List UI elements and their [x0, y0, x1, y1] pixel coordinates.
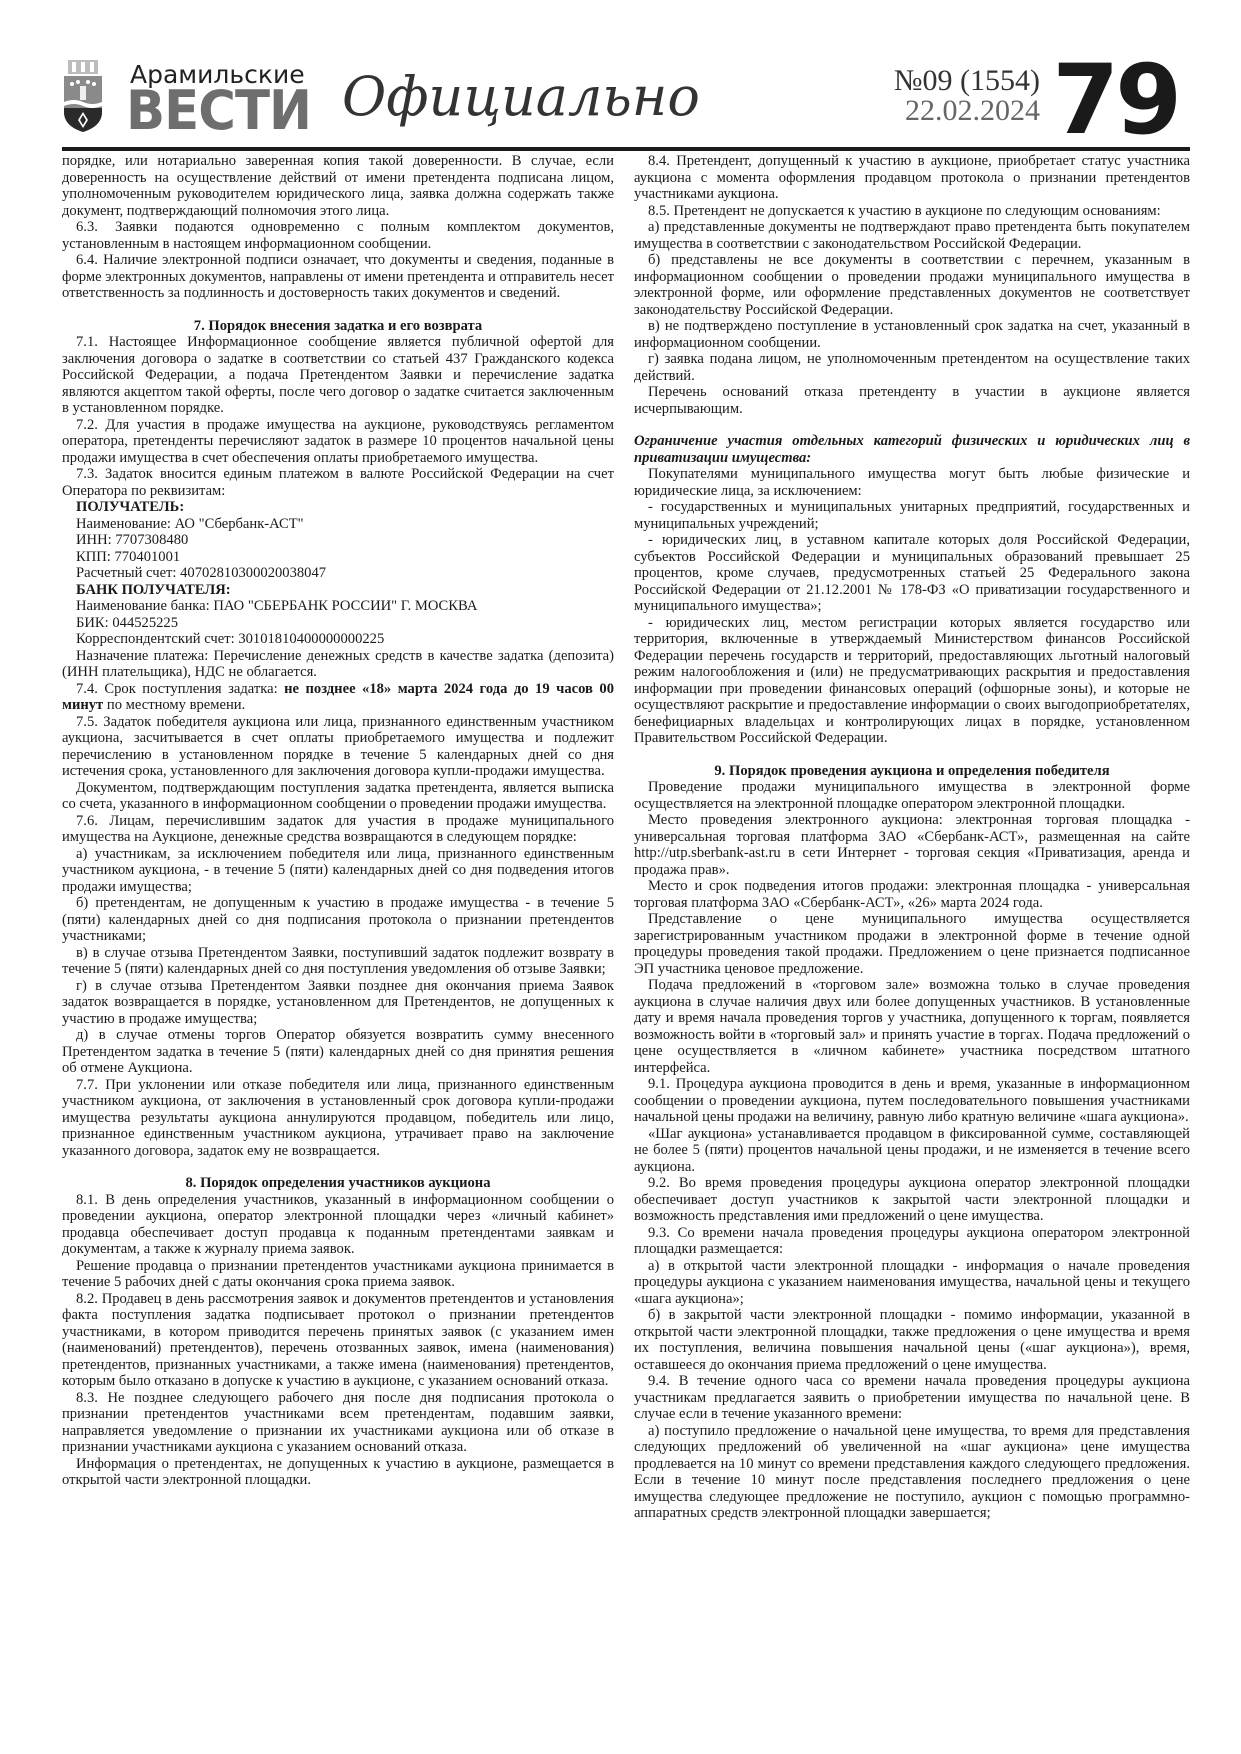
paragraph: Место проведения электронного аукциона: … — [634, 812, 1190, 878]
paragraph: Место и срок подведения итогов продажи: … — [634, 878, 1190, 911]
list-item: - юридических лиц, местом регистрации ко… — [634, 615, 1190, 747]
list-item: а) в открытой части электронной площадки… — [634, 1258, 1190, 1308]
paragraph-6-3: 6.3. Заявки подаются одновременно с полн… — [62, 219, 614, 252]
list-item: г) в случае отзыва Претендентом Заявки п… — [62, 978, 614, 1028]
recipient-kpp: КПП: 770401001 — [62, 549, 614, 566]
issue-number: №09 (1554) — [894, 66, 1040, 96]
paragraph-8-5: 8.5. Претендент не допускается к участию… — [634, 203, 1190, 220]
bank-heading: БАНК ПОЛУЧАТЕЛЯ: — [62, 582, 614, 599]
list-item: - государственных и муниципальных унитар… — [634, 499, 1190, 532]
paragraph-9-4: 9.4. В течение одного часа со времени на… — [634, 1373, 1190, 1423]
section-9-heading: 9. Порядок проведения аукциона и определ… — [634, 763, 1190, 780]
recipient-name: Наименование: АО "Сбербанк-АСТ" — [62, 516, 614, 533]
payment-purpose: Назначение платежа: Перечисление денежны… — [62, 648, 614, 681]
paragraph-7-7: 7.7. При уклонении или отказе победителя… — [62, 1077, 614, 1160]
paragraph: «Шаг аукциона» устанавливается продавцом… — [634, 1126, 1190, 1176]
list-item: д) в случае отмены торгов Оператор обязу… — [62, 1027, 614, 1077]
paragraph: порядке, или нотариально заверенная копи… — [62, 153, 614, 219]
restriction-heading: Ограничение участия отдельных категорий … — [634, 433, 1190, 466]
paragraph: Подача предложений в «торговом зале» воз… — [634, 977, 1190, 1076]
paragraph-8-3: 8.3. Не позднее следующего рабочего дня … — [62, 1390, 614, 1456]
paragraph-9-1: 9.1. Процедура аукциона проводится в ден… — [634, 1076, 1190, 1126]
paragraph-7-1: 7.1. Настоящее Информационное сообщение … — [62, 334, 614, 417]
paragraph: Документом, подтверждающим поступления з… — [62, 780, 614, 813]
list-item: б) в закрытой части электронной площадки… — [634, 1307, 1190, 1373]
paragraph: Информация о претендентах, не допущенных… — [62, 1456, 614, 1489]
recipient-account: Расчетный счет: 40702810300020038047 — [62, 565, 614, 582]
newspaper-logo-main: ВЕСТИ — [126, 80, 311, 142]
list-item: - юридических лиц, в уставном капитале к… — [634, 532, 1190, 615]
recipient-heading: ПОЛУЧАТЕЛЬ: — [62, 499, 614, 516]
paragraph-9-3: 9.3. Со времени начала проведения процед… — [634, 1225, 1190, 1258]
bank-corr-account: Корреспондентский счет: 3010181040000000… — [62, 631, 614, 648]
paragraph: Перечень оснований отказа претенденту в … — [634, 384, 1190, 417]
list-item: г) заявка подана лицом, не уполномоченны… — [634, 351, 1190, 384]
section-title: Официально — [342, 62, 700, 132]
list-item: а) представленные документы не подтвержд… — [634, 219, 1190, 252]
paragraph-7-4: 7.4. Срок поступления задатка: не поздне… — [62, 681, 614, 714]
paragraph-8-2: 8.2. Продавец в день рассмотрения заявок… — [62, 1291, 614, 1390]
paragraph-9-2: 9.2. Во время проведения процедуры аукци… — [634, 1175, 1190, 1225]
section-8-heading: 8. Порядок определения участников аукцио… — [62, 1175, 614, 1192]
list-item: в) не подтверждено поступление в установ… — [634, 318, 1190, 351]
list-item: а) участникам, за исключением победителя… — [62, 846, 614, 896]
recipient-inn: ИНН: 7707308480 — [62, 532, 614, 549]
paragraph: Решение продавца о признании претенденто… — [62, 1258, 614, 1291]
paragraph: Проведение продажи муниципального имущес… — [634, 779, 1190, 812]
town-crest-icon — [62, 60, 104, 132]
page-number: 79 — [1052, 52, 1178, 148]
list-item: а) поступило предложение о начальной цен… — [634, 1423, 1190, 1522]
right-column: 8.4. Претендент, допущенный к участию в … — [634, 153, 1190, 1522]
issue-date: 22.02.2024 — [894, 96, 1040, 126]
paragraph: Покупателями муниципального имущества мо… — [634, 466, 1190, 499]
paragraph-6-4: 6.4. Наличие электронной подписи означае… — [62, 252, 614, 302]
bank-bik: БИК: 044525225 — [62, 615, 614, 632]
issue-info: №09 (1554) 22.02.2024 — [894, 66, 1040, 126]
bank-name: Наименование банка: ПАО "СБЕРБАНК РОССИИ… — [62, 598, 614, 615]
list-item: б) представлены не все документы в соотв… — [634, 252, 1190, 318]
paragraph: Представление о цене муниципального имущ… — [634, 911, 1190, 977]
paragraph-7-2: 7.2. Для участия в продаже имущества на … — [62, 417, 614, 467]
list-item: б) претендентам, не допущенным к участию… — [62, 895, 614, 945]
paragraph-8-4: 8.4. Претендент, допущенный к участию в … — [634, 153, 1190, 203]
list-item: в) в случае отзыва Претендентом Заявки, … — [62, 945, 614, 978]
paragraph-7-3: 7.3. Задаток вносится единым платежом в … — [62, 466, 614, 499]
masthead: Арамильские ВЕСТИ Официально №09 (1554) … — [62, 58, 1190, 150]
header-divider — [62, 147, 1190, 151]
paragraph-7-6: 7.6. Лицам, перечислившим задаток для уч… — [62, 813, 614, 846]
left-column: порядке, или нотариально заверенная копи… — [62, 153, 614, 1489]
paragraph-8-1: 8.1. В день определения участников, указ… — [62, 1192, 614, 1258]
paragraph-7-5: 7.5. Задаток победителя аукциона или лиц… — [62, 714, 614, 780]
section-7-heading: 7. Порядок внесения задатка и его возвра… — [62, 318, 614, 335]
